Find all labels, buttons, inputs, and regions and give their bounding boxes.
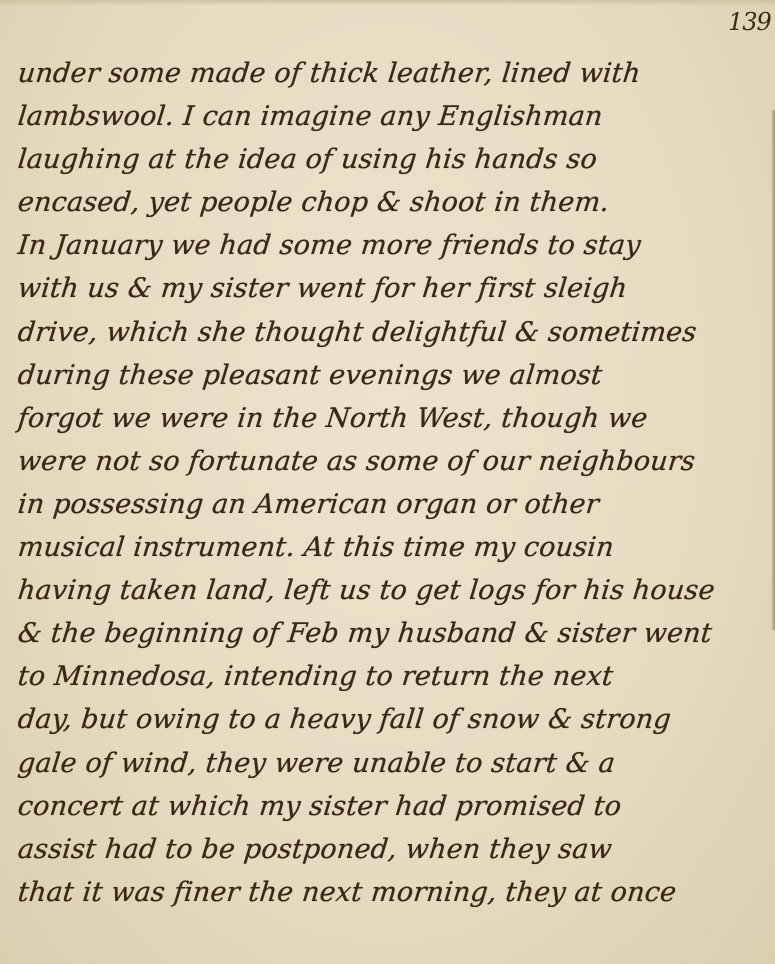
text-line: lambswool. I can imagine any Englishman xyxy=(16,95,775,138)
text-line: encased, yet people chop & shoot in them… xyxy=(16,181,775,224)
text-line: to Minnedosa, intending to return the ne… xyxy=(16,655,775,698)
text-line: day, but owing to a heavy fall of snow &… xyxy=(16,698,775,741)
manuscript-page: 139 under some made of thick leather, li… xyxy=(0,0,775,964)
text-line: forgot we were in the North West, though… xyxy=(16,397,775,440)
page-top-shadow xyxy=(0,0,775,6)
text-line: In January we had some more friends to s… xyxy=(16,224,775,267)
text-line: with us & my sister went for her first s… xyxy=(16,267,775,310)
text-line: having taken land, left us to get logs f… xyxy=(16,569,775,612)
page-number: 139 xyxy=(728,8,771,36)
text-line: drive, which she thought delightful & so… xyxy=(16,311,775,354)
text-line: musical instrument. At this time my cous… xyxy=(16,526,775,569)
text-line: that it was finer the next morning, they… xyxy=(16,871,775,914)
text-line: during these pleasant evenings we almost xyxy=(16,354,775,397)
text-line: were not so fortunate as some of our nei… xyxy=(16,440,775,483)
text-line: assist had to be postponed, when they sa… xyxy=(16,828,775,871)
text-line: under some made of thick leather, lined … xyxy=(16,52,775,95)
text-line: gale of wind, they were unable to start … xyxy=(16,742,775,785)
text-line: & the beginning of Feb my husband & sist… xyxy=(16,612,775,655)
handwritten-text-block: under some made of thick leather, lined … xyxy=(18,52,775,914)
text-line: in possessing an American organ or other xyxy=(16,483,775,526)
text-line: laughing at the idea of using his hands … xyxy=(16,138,775,181)
text-line: concert at which my sister had promised … xyxy=(16,785,775,828)
